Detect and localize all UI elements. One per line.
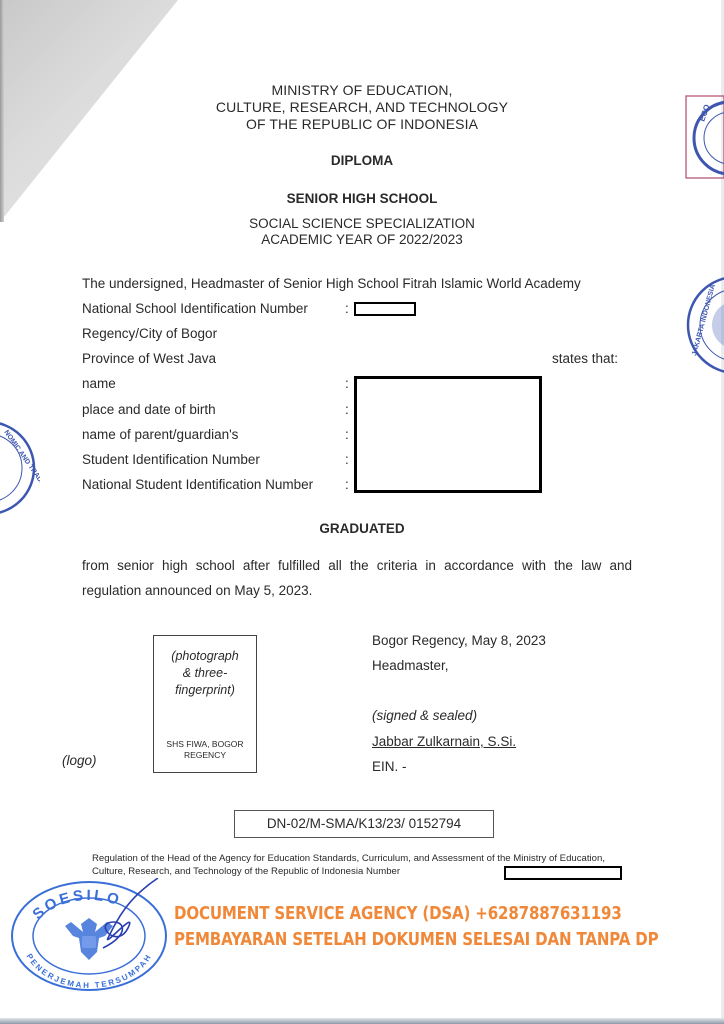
nsin-label: National School Identification Number (82, 301, 308, 316)
photo-school-stamp: SHS FIWA, BOGOR REGENCY (154, 739, 256, 761)
photo-placeholder-box: (photograph & three- fingerprint) SHS FI… (153, 635, 257, 773)
specialization: SOCIAL SCIENCE SPECIALIZATION (0, 216, 724, 232)
ministry-line-2: CULTURE, RESEARCH, AND TECHNOLOGY (0, 99, 724, 116)
ministry-line-3: OF THE REPUBLIC OF INDONESIA (0, 116, 724, 133)
student-details-redaction (354, 376, 542, 493)
province: Province of West Java (82, 351, 216, 366)
school-level: SENIOR HIGH SCHOOL (0, 191, 724, 206)
right-middle-stamp-icon: JAKARTA INDONESIA (680, 270, 724, 380)
graduation-status: GRADUATED (0, 521, 724, 536)
signatory-title: Headmaster, (372, 658, 449, 673)
field-nsin-colon: : (345, 477, 349, 492)
nsin-colon: : (345, 301, 349, 316)
translator-seal-icon: SOESILO PENERJEMAH TERSUMPAH (8, 878, 170, 994)
field-parent-colon: : (345, 427, 349, 442)
photo-caption-line: (photograph (154, 648, 256, 665)
states-that: states that: (552, 351, 618, 366)
document-title: DIPLOMA (0, 153, 724, 168)
place-and-date: Bogor Regency, May 8, 2023 (372, 633, 546, 648)
ministry-heading: MINISTRY OF EDUCATION, CULTURE, RESEARCH… (0, 82, 724, 133)
field-sin-colon: : (345, 452, 349, 467)
photo-caption-line: fingerprint) (154, 682, 256, 699)
advert-line-2: PEMBAYARAN SETELAH DOKUMEN SELESAI DAN T… (174, 930, 658, 950)
logo-placeholder: (logo) (62, 753, 97, 768)
signatory-name: Jabbar Zulkarnain, S.Si. (372, 734, 516, 749)
specialization-block: SOCIAL SCIENCE SPECIALIZATION ACADEMIC Y… (0, 216, 724, 248)
regulation-number-redaction (504, 866, 622, 880)
nsin-redaction (354, 302, 416, 316)
signatory-ein: EIN. - (372, 759, 407, 774)
photo-school-line: REGENCY (154, 750, 256, 761)
undersigned-statement: The undersigned, Headmaster of Senior Hi… (82, 276, 581, 291)
field-sin-label: Student Identification Number (82, 452, 260, 467)
ministry-line-1: MINISTRY OF EDUCATION, (0, 82, 724, 99)
field-parent-label: name of parent/guardian's (82, 427, 238, 442)
regency: Regency/City of Bogor (82, 326, 217, 341)
field-name-label: name (82, 376, 116, 391)
left-stamp-icon: NOMIC AND TRADE (0, 418, 40, 518)
field-name-colon: : (345, 376, 349, 391)
photo-caption: (photograph & three- fingerprint) (154, 648, 256, 699)
page-bottom-edge (0, 1018, 724, 1024)
graduation-statement: from senior high school after fulfilled … (82, 553, 632, 603)
field-birth-label: place and date of birth (82, 402, 216, 417)
photo-school-line: SHS FIWA, BOGOR (154, 739, 256, 750)
advert-line-1: DOCUMENT SERVICE AGENCY (DSA) +628788763… (174, 904, 622, 924)
academic-year: ACADEMIC YEAR OF 2022/2023 (0, 232, 724, 248)
field-nsin-label: National Student Identification Number (82, 477, 313, 492)
document-number: DN-02/M-SMA/K13/23/ 0152794 (234, 810, 494, 838)
signed-note: (signed & sealed) (372, 708, 477, 723)
photo-caption-line: & three- (154, 665, 256, 682)
field-birth-colon: : (345, 402, 349, 417)
